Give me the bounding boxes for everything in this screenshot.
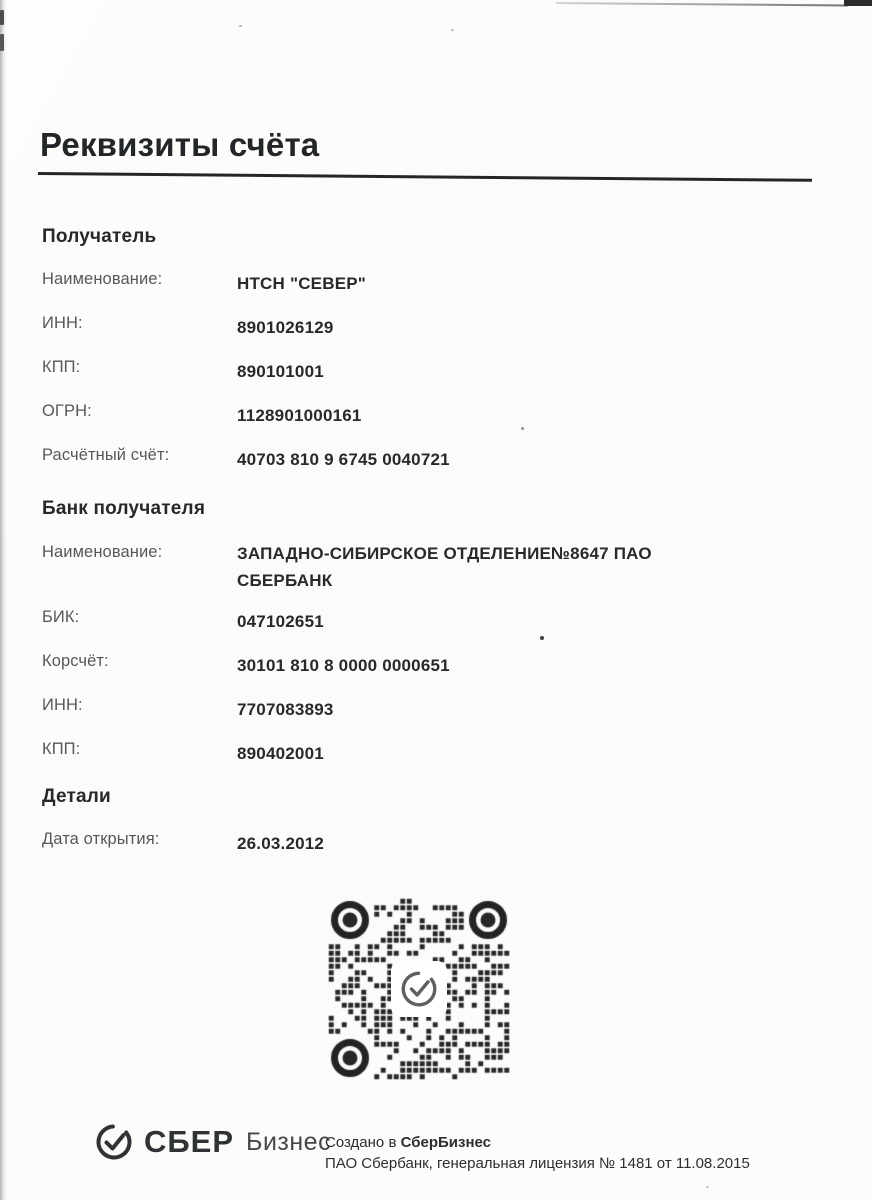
field-value: ЗАПАДНО-СИБИРСКОЕ ОТДЕЛЕНИЕ№8647 ПАО СБЕ…: [237, 540, 717, 594]
field-value: 890101001: [237, 358, 324, 385]
field-label: КПП:: [42, 358, 237, 377]
page-title: Реквизиты счёта: [40, 126, 319, 164]
row-bank-kpp: КПП: 890402001: [42, 740, 324, 767]
footer-created-line: Создано в СберБизнес: [325, 1132, 750, 1153]
field-label: Наименование:: [42, 540, 237, 562]
title-divider: [38, 172, 812, 182]
scan-speck: [706, 1186, 709, 1188]
field-value: 8901026129: [237, 314, 334, 341]
sber-brand-text: СБЕР: [144, 1124, 234, 1160]
scan-artifact-top-line: [556, 2, 848, 7]
field-value: 30101 810 8 0000 0000651: [237, 652, 450, 679]
field-value: 26.03.2012: [237, 830, 324, 857]
scan-speck: [540, 636, 544, 640]
footer-created-app: СберБизнес: [401, 1134, 491, 1151]
scan-speck: [521, 427, 524, 430]
scan-artifact-mark: [0, 10, 4, 25]
field-label: КПП:: [42, 740, 237, 759]
scanned-document-page: Реквизиты счёта Получатель Наименование:…: [0, 0, 872, 1200]
row-recipient-inn: ИНН: 8901026129: [42, 314, 334, 341]
field-label: Корсчёт:: [42, 652, 237, 671]
row-recipient-kpp: КПП: 890101001: [42, 358, 324, 385]
field-value: 890402001: [237, 740, 324, 767]
row-bank-inn: ИНН: 7707083893: [42, 696, 334, 723]
row-recipient-ogrn: ОГРН: 1128901000161: [42, 402, 362, 429]
field-value: НТСН "СЕВЕР": [237, 270, 366, 297]
field-label: Наименование:: [42, 270, 237, 289]
field-value: 40703 810 9 6745 0040721: [237, 446, 450, 473]
row-bank-bik: БИК: 047102651: [42, 608, 324, 635]
scan-artifact-mark: [0, 34, 4, 51]
row-recipient-name: Наименование: НТСН "СЕВЕР": [42, 270, 366, 297]
row-details-open-date: Дата открытия: 26.03.2012: [42, 830, 324, 857]
qr-code: [328, 898, 510, 1080]
field-label: ИНН:: [42, 314, 237, 333]
section-heading-recipient: Получатель: [42, 226, 156, 248]
scan-artifact-left-edge: [0, 0, 7, 1200]
scan-artifact-corner: [844, 0, 872, 6]
section-heading-details: Детали: [42, 786, 111, 808]
field-label: БИК:: [42, 608, 237, 627]
field-value: 047102651: [237, 608, 324, 635]
footer-license-line: ПАО Сбербанк, генеральная лицензия № 148…: [325, 1153, 750, 1174]
sber-check-ring-icon: [391, 961, 447, 1017]
field-label: ОГРН:: [42, 402, 237, 421]
row-bank-corr-account: Корсчёт: 30101 810 8 0000 0000651: [42, 652, 450, 679]
sber-check-ring-icon: [94, 1122, 134, 1162]
field-label: ИНН:: [42, 696, 237, 715]
field-label: Расчётный счёт:: [42, 446, 237, 465]
field-value: 7707083893: [237, 696, 334, 723]
footer-legal-text: Создано в СберБизнес ПАО Сбербанк, генер…: [325, 1132, 750, 1174]
row-recipient-account: Расчётный счёт: 40703 810 9 6745 0040721: [42, 446, 450, 473]
field-label: Дата открытия:: [42, 830, 237, 849]
section-heading-bank: Банк получателя: [42, 498, 205, 520]
scan-speck: [239, 25, 242, 27]
scan-speck: [451, 29, 454, 31]
sber-brand-suffix: Бизнес: [246, 1128, 331, 1157]
field-value: 1128901000161: [237, 402, 362, 429]
row-bank-name: Наименование: ЗАПАДНО-СИБИРСКОЕ ОТДЕЛЕНИ…: [42, 540, 717, 594]
sber-business-logo: СБЕР Бизнес: [94, 1122, 331, 1162]
